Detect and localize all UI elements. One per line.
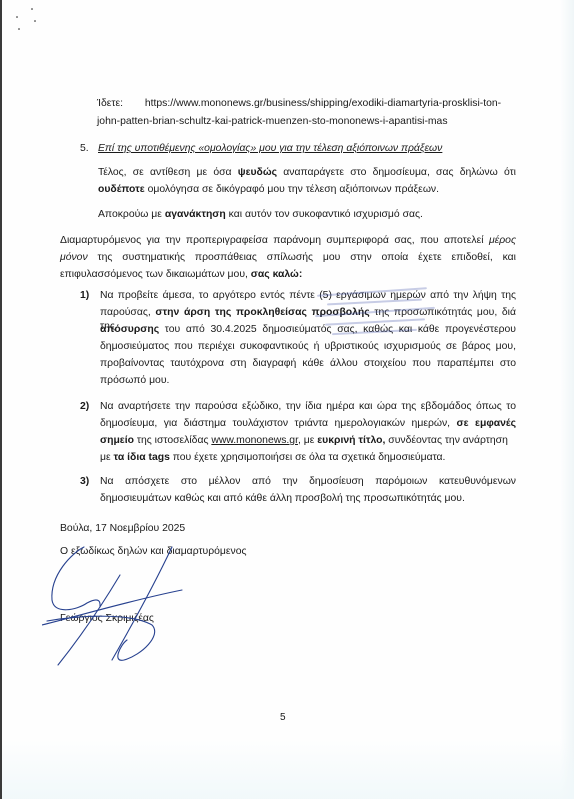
emphasis-falsely: ψευδώς <box>238 167 277 178</box>
intro-line-2: μόνον της συστηματικής προσπάθειας σπίλω… <box>60 251 516 265</box>
signatory-name: Γεώργιος Σκριμιζέας <box>60 612 154 626</box>
reference-line-1: Ίδετε: https://www.mononews.gr/business/… <box>97 97 501 111</box>
scan-specks <box>10 4 40 34</box>
demand-marker: 1) <box>80 289 89 303</box>
emphasis-indignation: αγανάκτηση <box>165 209 226 220</box>
emphasis-never: ουδέποτε <box>98 184 145 195</box>
demand-marker: 3) <box>80 475 89 489</box>
document-page: Ίδετε: https://www.mononews.gr/business/… <box>0 0 574 799</box>
scan-bottom-shade <box>2 739 574 799</box>
section5-para1-line1: Τέλος, σε αντίθεση με όσα ψευδώς αναπαρά… <box>98 166 516 180</box>
reference-url-part2[interactable]: john-patten-brian-schultz-kai-patrick-mu… <box>97 115 448 129</box>
reference-url-part1[interactable]: https://www.mononews.gr/business/shippin… <box>145 98 501 109</box>
place-date: Βούλα, 17 Νοεμβρίου 2025 <box>60 522 185 536</box>
scan-edge-shade <box>560 0 574 799</box>
demand-marker: 2) <box>80 400 89 414</box>
website-link[interactable]: www.mononews.gr <box>211 435 298 446</box>
intro-line-3: επιφυλασσόμενος των δικαιωμάτων μου, σας… <box>60 268 302 282</box>
section-heading: Επί της υποτιθέμενης «ομολογίας» μου για… <box>98 142 442 156</box>
declarant-title: Ο εξωδίκως δηλών και διαμαρτυρόμενος <box>60 545 247 559</box>
emphasis-i-call-you: σας καλώ: <box>251 269 303 280</box>
section5-para1-line2: ουδέποτε ομολόγησα σε δικόγραφό μου την … <box>98 183 439 197</box>
section-number: 5. <box>80 142 89 156</box>
reference-label: Ίδετε: <box>97 98 123 109</box>
intro-line-1: Διαμαρτυρόμενος για την προπεριγραφείσα … <box>60 234 516 248</box>
section5-para2: Αποκρούω με αγανάκτηση και αυτόν τον συκ… <box>98 208 423 222</box>
page-number: 5 <box>280 712 286 723</box>
